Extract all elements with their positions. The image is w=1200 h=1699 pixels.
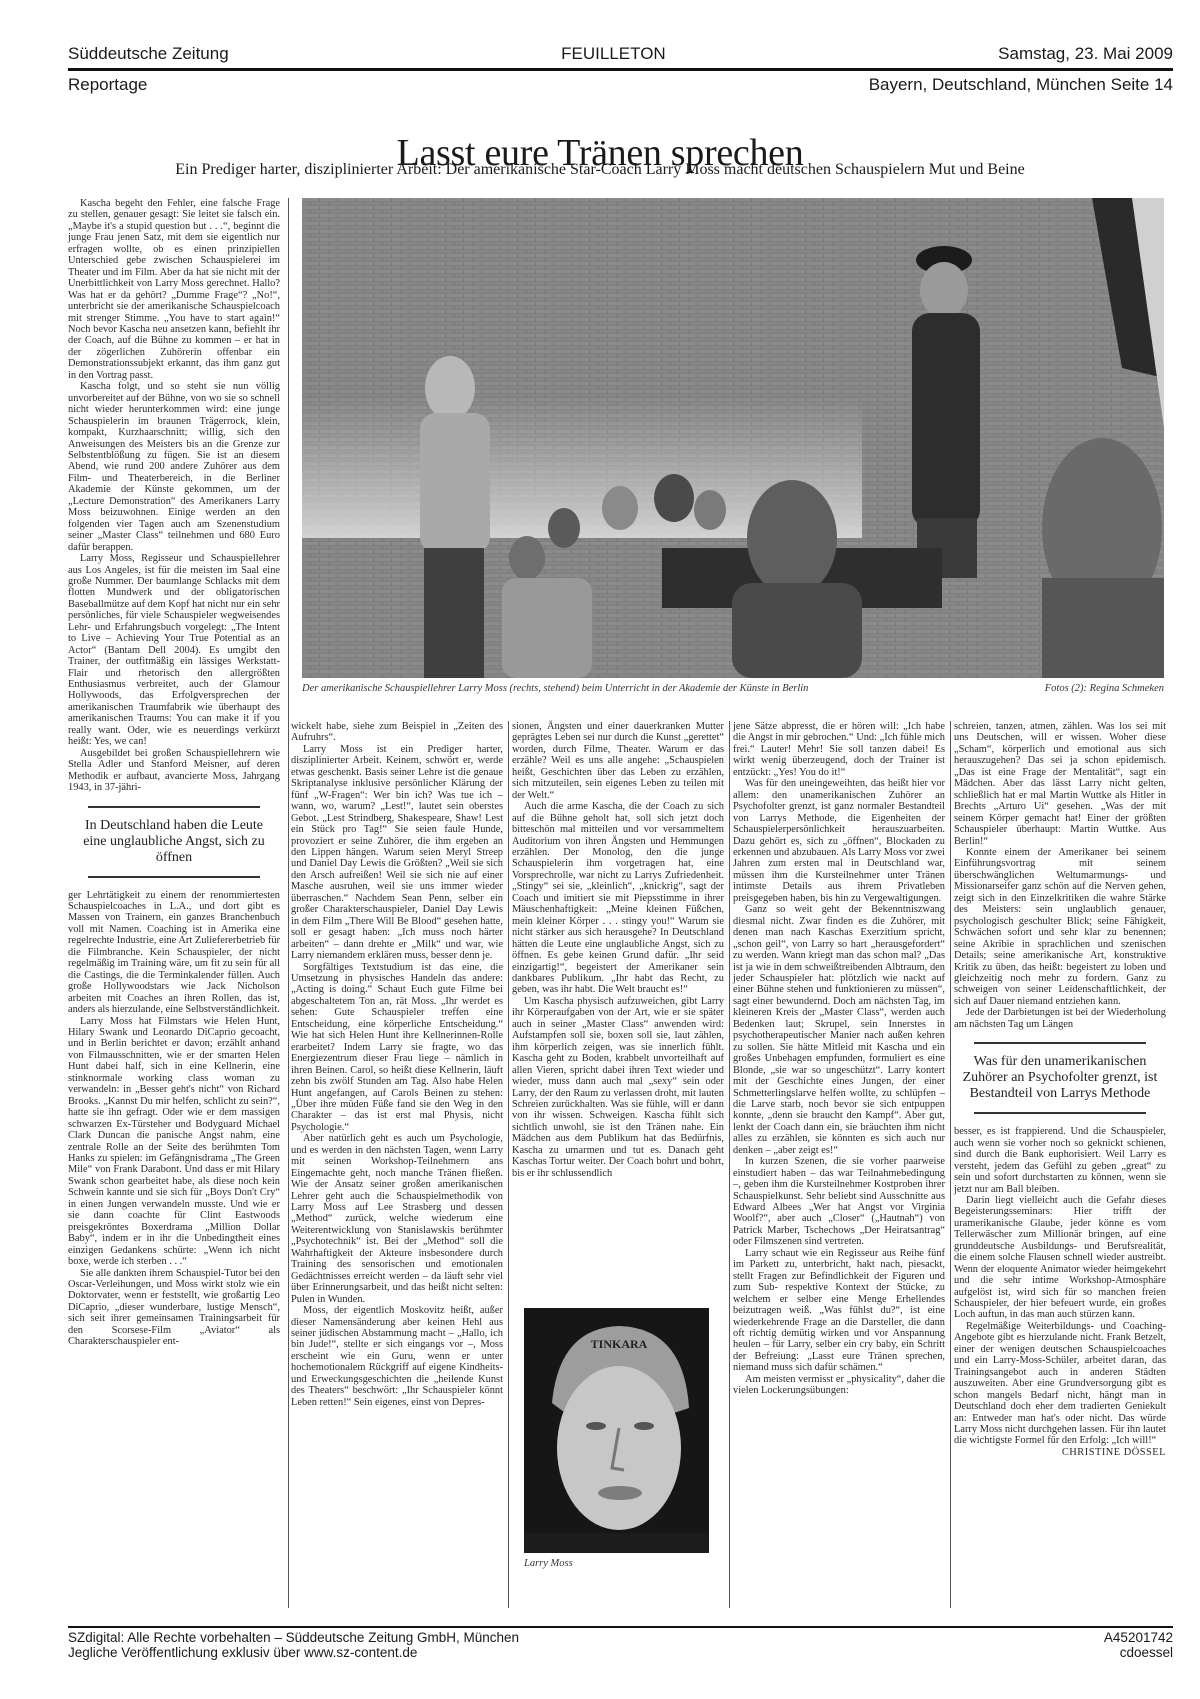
portrait-photo: TINKARA [524, 1308, 709, 1553]
paragraph: Darin liegt vielleicht auch die Gefahr d… [954, 1195, 1166, 1321]
article-column-4: jene Sätze abpresst, die er hören will: … [733, 721, 945, 1397]
document-id: A45201742 [1104, 1630, 1173, 1645]
masthead: Süddeutsche Zeitung FEUILLETON Samstag, … [68, 44, 1173, 95]
rights-notice: SZdigital: Alle Rechte vorbehalten – Süd… [68, 1630, 519, 1645]
article-column-5: schreien, tanzen, atmen, zählen. Was los… [954, 721, 1166, 1458]
pullquote-rule [88, 876, 260, 878]
masthead-rule [68, 68, 1173, 71]
newspaper-name: Süddeutsche Zeitung [68, 44, 229, 64]
issue-date: Samstag, 23. Mai 2009 [998, 44, 1173, 64]
main-photo-caption-row: Der amerikanische Schauspiellehrer Larry… [302, 683, 1164, 694]
paragraph: Larry schaut wie ein Regisseur aus Reihe… [733, 1248, 945, 1374]
column-divider [729, 721, 730, 1608]
paragraph: ger Lehrtätigkeit zu einem der renommier… [68, 890, 280, 1016]
photo-credit: Fotos (2): Regina Schmeken [1045, 683, 1164, 694]
pullquote-text: In Deutschland haben die Leute eine ungl… [68, 808, 280, 876]
author-byline: CHRISTINE DÖSSEL [954, 1447, 1166, 1458]
paragraph: Sorgfältiges Textstudium ist das eine, d… [291, 962, 503, 1134]
paragraph: Larry Moss ist ein Prediger harter, disz… [291, 744, 503, 962]
page-footer: SZdigital: Alle Rechte vorbehalten – Süd… [68, 1626, 1173, 1660]
svg-text:TINKARA: TINKARA [591, 1337, 648, 1351]
paragraph: Larry Moss hat Filmstars wie Helen Hunt,… [68, 1016, 280, 1268]
paragraph: Sie alle dankten ihrem Schauspiel-Tutor … [68, 1268, 280, 1348]
column-divider [950, 721, 951, 1608]
article-column-3: sionen, Ängsten und einer dauerkranken M… [512, 721, 724, 1179]
paragraph: Konnte einem der Amerikaner bei seinem E… [954, 847, 1166, 1007]
footer-rule [68, 1626, 1173, 1628]
paragraph: Aber natürlich geht es auch um Psycholog… [291, 1133, 503, 1305]
classroom-photo-icon [302, 198, 1164, 678]
paragraph: Regelmäßige Weiterbildungs- und Coaching… [954, 1321, 1166, 1447]
paragraph: sionen, Ängsten und einer dauerkranken M… [512, 721, 724, 801]
paragraph: Moss, der eigentlich Moskovitz heißt, au… [291, 1305, 503, 1408]
paragraph: Ganz so weit geht der Bekenntniszwang di… [733, 904, 945, 1156]
paragraph: jene Sätze abpresst, die er hören will: … [733, 721, 945, 778]
paragraph: Am meisten vermisst er „physicality“, da… [733, 1374, 945, 1397]
section-name: FEUILLETON [561, 44, 666, 64]
column-divider [288, 198, 289, 1608]
paragraph: wickelt habe, siehe zum Beispiel in „Zei… [291, 721, 503, 744]
paragraph: Um Kascha physisch aufzuweichen, gibt La… [512, 996, 724, 1179]
pullquote: Was für den unamerikanischen Zuhörer an … [954, 1042, 1166, 1114]
paragraph: Auch die arme Kascha, die der Coach zu s… [512, 801, 724, 996]
pullquote-rule [974, 1112, 1146, 1114]
paragraph: schreien, tanzen, atmen, zählen. Was los… [954, 721, 1166, 847]
pullquote-text: Was für den unamerikanischen Zuhörer an … [954, 1044, 1166, 1112]
paragraph: In kurzen Szenen, die sie vorher paarwei… [733, 1156, 945, 1248]
portrait-face-icon: TINKARA [524, 1308, 709, 1553]
pullquote: In Deutschland haben die Leute eine ungl… [68, 806, 280, 878]
paragraph: Was für den uneingeweihten, das heißt hi… [733, 778, 945, 904]
rubric: Reportage [68, 75, 147, 95]
distribution-notice: Jegliche Veröffentlichung exklusiv über … [68, 1645, 519, 1660]
user-id: cdoessel [1104, 1645, 1173, 1660]
article-column-1: Kascha begeht den Fehler, eine falsche F… [68, 198, 280, 1348]
paragraph: Jede der Darbietungen ist bei der Wieder… [954, 1007, 1166, 1030]
paragraph: Ausgebildet bei großen Schauspiellehrern… [68, 748, 280, 794]
edition-page: Bayern, Deutschland, München Seite 14 [869, 75, 1173, 95]
article-column-2: wickelt habe, siehe zum Beispiel in „Zei… [291, 721, 503, 1408]
paragraph: Kascha folgt, und so steht sie nun völli… [68, 381, 280, 553]
paragraph: Kascha begeht den Fehler, eine falsche F… [68, 198, 280, 381]
paragraph: besser, es ist frappierend. Und die Scha… [954, 1126, 1166, 1195]
column-divider [508, 721, 509, 1608]
portrait-caption: Larry Moss [524, 1558, 573, 1569]
main-photo-caption: Der amerikanische Schauspiellehrer Larry… [302, 683, 808, 694]
main-photo [302, 198, 1164, 678]
article-subheadline: Ein Prediger harter, disziplinierter Arb… [0, 160, 1200, 180]
paragraph: Larry Moss, Regisseur und Schauspiellehr… [68, 553, 280, 748]
